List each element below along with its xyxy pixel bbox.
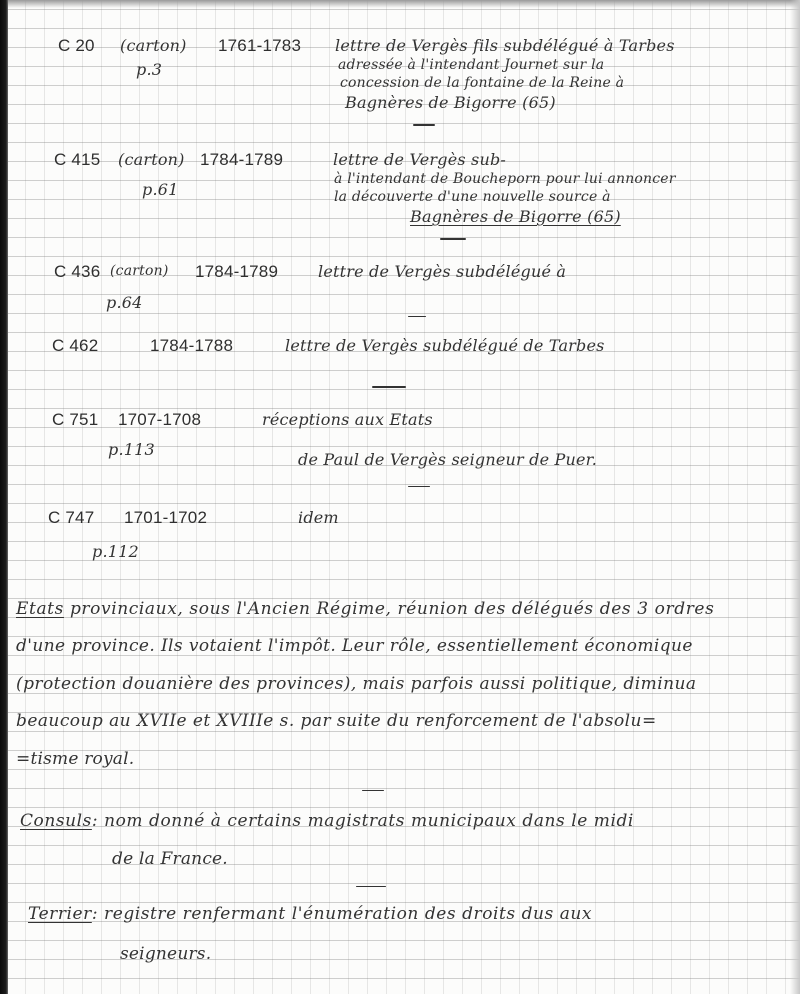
separator-dash (408, 486, 430, 487)
glossary-term: Terrier (28, 904, 92, 924)
glossary-line: de la France. (112, 850, 228, 869)
separator-dash (408, 316, 426, 317)
entry-desc-line: lettre de Vergès subdélégué à (318, 262, 566, 281)
entry-page: p.61 (142, 180, 179, 199)
entry-dates: 1701-1702 (124, 508, 207, 527)
entry-ref: C 20 (58, 36, 95, 55)
entry-dates: 1784-1789 (195, 262, 278, 281)
entry-box: (carton) (110, 262, 168, 281)
entry-desc-line: lettre de Vergès fils subdélégué à Tarbe… (335, 36, 675, 55)
entry-desc-line: concession de la fontaine de la Reine à (340, 74, 624, 93)
separator-dash (372, 386, 406, 388)
entry-ref: C 751 (52, 410, 98, 429)
separator-dash (362, 790, 384, 791)
entry-page: p.64 (106, 293, 143, 312)
entry-page: p.3 (136, 60, 162, 79)
scan-right-edge (790, 0, 800, 994)
glossary-line: =tisme royal. (16, 750, 134, 769)
entry-desc-line: lettre de Vergès subdélégué de Tarbes (285, 336, 605, 355)
entry-box: (carton) (118, 150, 185, 169)
glossary-line: Etats provinciaux, sous l'Ancien Régime,… (16, 600, 714, 619)
entry-ref: C 415 (54, 150, 100, 169)
glossary-term: Etats (16, 599, 64, 619)
separator-dash (440, 238, 466, 240)
entry-ref: C 747 (48, 508, 94, 527)
entry-desc-line: Bagnères de Bigorre (65) (345, 93, 556, 112)
entry-desc-line: idem (298, 508, 339, 527)
entry-desc-line: lettre de Vergès sub- (333, 150, 506, 169)
entry-dates: 1761-1783 (218, 36, 301, 55)
entry-desc-line: Bagnères de Bigorre (65) (410, 207, 621, 226)
glossary-line: (protection douanière des provinces), ma… (16, 675, 696, 694)
scan-left-edge (0, 0, 8, 994)
entry-desc-line: réceptions aux Etats (262, 410, 433, 429)
glossary-line: Consuls: nom donné à certains magistrats… (20, 812, 634, 831)
entry-dates: 1784-1788 (150, 336, 233, 355)
entry-page: p.112 (92, 542, 139, 561)
entry-desc-line: adressée à l'intendant Journet sur la (338, 56, 604, 75)
glossary-line: Terrier: registre renfermant l'énumérati… (28, 905, 592, 924)
entry-ref: C 436 (54, 262, 100, 281)
entry-desc-line: la découverte d'une nouvelle source à (334, 188, 611, 207)
separator-dash (356, 886, 386, 887)
scan-top-edge (0, 0, 800, 8)
glossary-line: beaucoup au XVIIe et XVIIIe s. par suite… (16, 712, 657, 731)
entry-desc-line: à l'intendant de Boucheporn pour lui ann… (334, 170, 676, 189)
entry-dates: 1784-1789 (200, 150, 283, 169)
glossary-line: d'une province. Ils votaient l'impôt. Le… (16, 637, 693, 656)
separator-dash (413, 124, 435, 126)
glossary-line: seigneurs. (120, 945, 211, 964)
entry-page: p.113 (108, 440, 155, 459)
entry-ref: C 462 (52, 336, 98, 355)
glossary-term: Consuls (20, 811, 92, 831)
entry-box: (carton) (120, 36, 187, 55)
entry-dates: 1707-1708 (118, 410, 201, 429)
entry-desc-line: de Paul de Vergès seigneur de Puer. (298, 450, 597, 469)
